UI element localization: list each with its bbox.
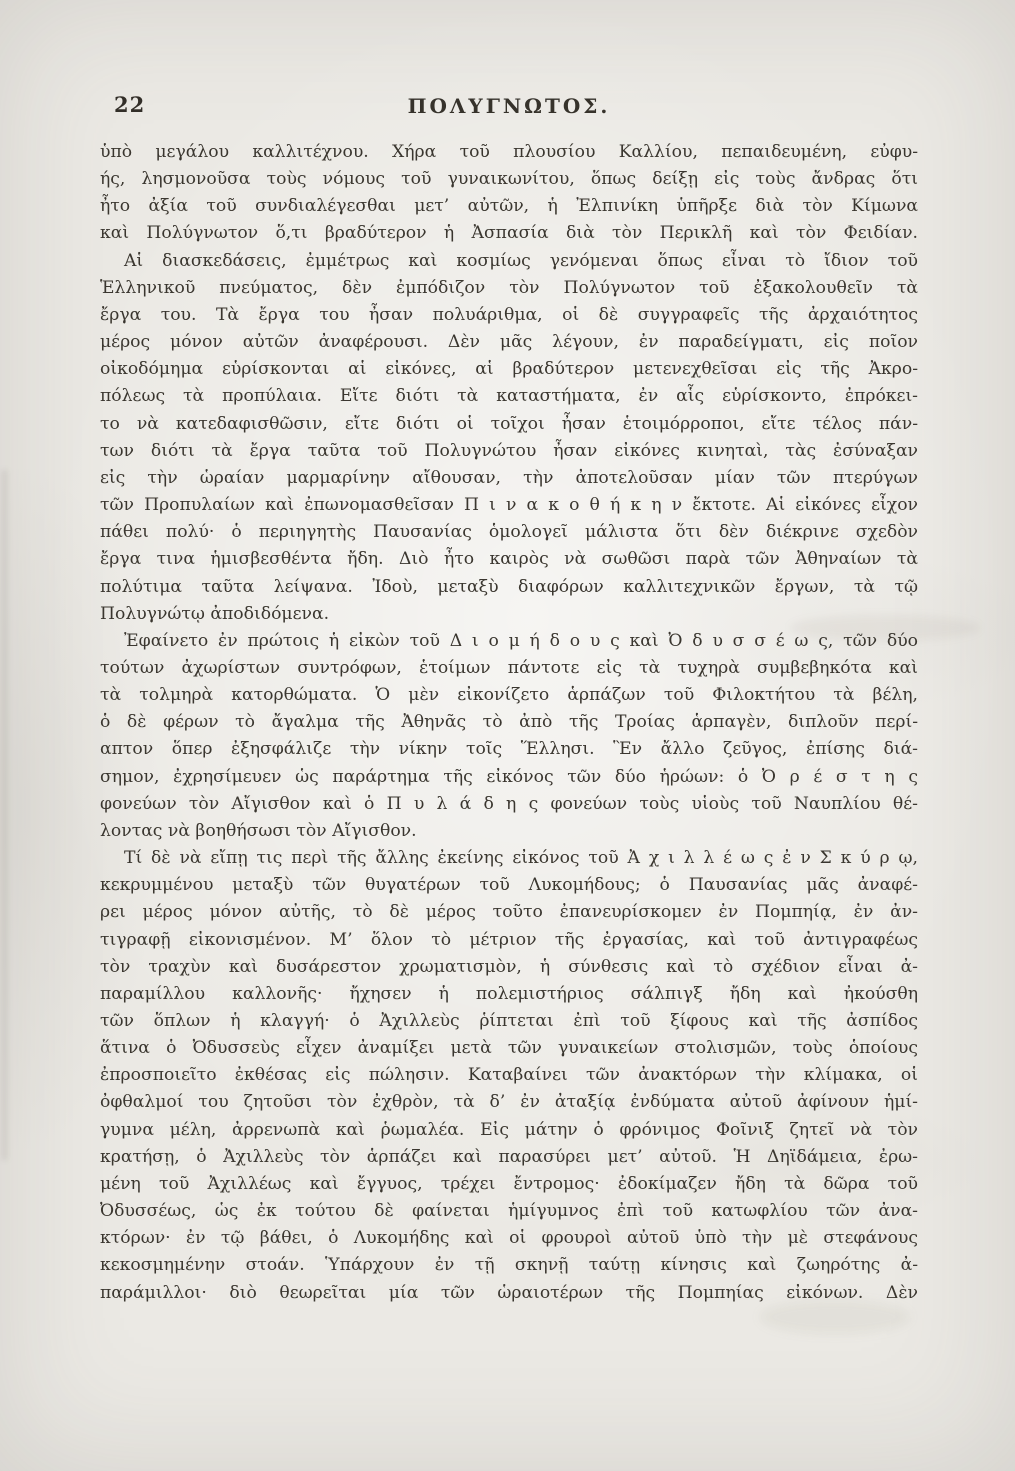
text-line: κεκρυμμένου μεταξὺ τῶν θυγατέρων τοῦ Λυκ… <box>100 872 918 899</box>
text-line: ής, λησμονοῦσα τοὺς νόμους τοῦ γυναικωνί… <box>100 166 918 193</box>
text-line: το νὰ κατεδαφισθῶσιν, εἴτε διότι οἱ τοῖχ… <box>100 411 918 438</box>
text-line: λοντας νὰ βοηθήσωσι τὸν Αἴγισθον. <box>100 818 918 845</box>
text-line: τῶν ὅπλων ἡ κλαγγή· ὁ Ἀχιλλεὺς ῥίπτεται … <box>100 1008 918 1035</box>
text-line: ἔργα του. Τὰ ἔργα του ἦσαν πολυάριθμα, ο… <box>100 302 918 329</box>
text-line: ἦτο ἀξία τοῦ συνδιαλέγεσθαι μετ’ αὐτῶν, … <box>100 193 918 220</box>
text-line: τὰ τολμηρὰ κατορθώματα. Ὁ μὲν εἰκονίζετο… <box>100 682 918 709</box>
text-line: παραμίλλου καλλονῆς· ἤχησεν ἡ πολεμιστήρ… <box>100 981 918 1008</box>
text-line: κρατήσῃ, ὁ Ἀχιλλεὺς τὸν ἁρπάζει καὶ παρα… <box>100 1144 918 1171</box>
text-line: πολύτιμα ταῦτα λείψανα. Ἰδοὺ, μεταξὺ δια… <box>100 574 918 601</box>
text-line: Ὀδυσσέως, ὡς ἐκ τούτου δὲ φαίνεται ἡμίγυ… <box>100 1198 918 1225</box>
text-line: ἅτινα ὁ Ὀδυσσεὺς εἶχεν ἀναμίξει μετὰ τῶν… <box>100 1035 918 1062</box>
text-line: πάθει πολύ· ὁ περιηγητὴς Παυσανίας ὁμολο… <box>100 519 918 546</box>
text-line: ὀφθαλμοί του ζητοῦσι τὸν ἐχθρὸν, τὰ δ’ ἐ… <box>100 1089 918 1116</box>
text-line: οἰκοδόμημα εὑρίσκονται αἱ εἰκόνες, αἱ βρ… <box>100 356 918 383</box>
scanned-book-page: 22 ΠΟΛΥΓΝΩΤΟΣ. ὑπὸ μεγάλου καλλιτέχνου. … <box>0 0 1015 1471</box>
text-line: τούτων ἀχωρίστων συντρόφων, ἑτοίμων πάντ… <box>100 655 918 682</box>
text-line: κεκοσμημένην στοάν. Ὑπάρχουν ἐν τῇ σκηνῇ… <box>100 1252 918 1279</box>
text-line: κτόρων· ἐν τῷ βάθει, ὁ Λυκομήδης καὶ οἱ … <box>100 1225 918 1252</box>
text-line: Ἑλληνικοῦ πνεύματος, δὲν ἐμπόδιζον τὸν Π… <box>100 275 918 302</box>
text-line: μένη τοῦ Ἀχιλλέως καὶ ἔγγυος, τρέχει ἔντ… <box>100 1171 918 1198</box>
text-line: Ἐφαίνετο ἐν πρώτοις ἡ εἰκὼν τοῦ Δ ι ο μ … <box>100 628 918 655</box>
text-line: Τί δὲ νὰ εἴπῃ τις περὶ τῆς ἄλλης ἐκείνης… <box>100 845 918 872</box>
text-line: τὸν τραχὺν καὶ δυσάρεστον χρωματισμὸν, ἡ… <box>100 954 918 981</box>
running-header-title: ΠΟΛΥΓΝΩΤΟΣ. <box>100 94 918 118</box>
text-line: Πολυγνώτῳ ἀποδιδόμενα. <box>100 601 918 628</box>
text-line: τιγραφῇ εἰκονισμένον. Μ’ ὅλον τὸ μέτριον… <box>100 927 918 954</box>
text-line: ὁ δὲ φέρων τὸ ἄγαλμα τῆς Ἀθηνᾶς τὸ ἀπὸ τ… <box>100 709 918 736</box>
text-line: απτον ὅπερ ἐξησφάλιζε τὴν νίκην τοῖς Ἕλλ… <box>100 736 918 763</box>
text-line: γυμνα μέλη, ἀρρενωπὰ καὶ ῥωμαλέα. Εἰς μά… <box>100 1117 918 1144</box>
text-line: σημον, ἐχρησίμευεν ὡς παράρτημα τῆς εἰκό… <box>100 764 918 791</box>
text-line: παράμιλλοι· διὸ θεωρεῖται μία τῶν ὡραιοτ… <box>100 1280 918 1307</box>
text-line: ὑπὸ μεγάλου καλλιτέχνου. Χήρα τοῦ πλουσί… <box>100 139 918 166</box>
text-line: Αἱ διασκεδάσεις, ἐμμέτρως καὶ κοσμίως γε… <box>100 248 918 275</box>
text-line: ρει μέρος μόνον αὐτῆς, τὸ δὲ μέρος τοῦτο… <box>100 899 918 926</box>
text-line: καὶ Πολύγνωτον ὅ,τι βραδύτερον ἡ Ἀσπασία… <box>100 220 918 247</box>
text-line: των διότι τὰ ἔργα ταῦτα τοῦ Πολυγνώτου ἦ… <box>100 438 918 465</box>
text-line: ἐπροσποιεῖτο ἐκθέσας εἰς πώλησιν. Καταβα… <box>100 1062 918 1089</box>
text-line: ἔργα τινα ἡμισβεσθέντα ἤδη. Διὸ ἦτο καιρ… <box>100 546 918 573</box>
text-line: φονεύων τὸν Αἴγισθον καὶ ὁ Π υ λ ά δ η ς… <box>100 791 918 818</box>
text-line: εἰς τὴν ὡραίαν μαρμαρίνην αἴθουσαν, τὴν … <box>100 465 918 492</box>
text-line: τῶν Προπυλαίων καὶ ἐπωνομασθεῖσαν Π ι ν … <box>100 492 918 519</box>
scan-edge-artifact <box>2 470 7 1160</box>
text-line: μέρος μόνον αὐτῶν ἀναφέρουσι. Δὲν μᾶς λέ… <box>100 329 918 356</box>
text-line: πόλεως τὰ προπύλαια. Εἴτε διότι τὰ κατασ… <box>100 383 918 410</box>
text-block: ὑπὸ μεγάλου καλλιτέχνου. Χήρα τοῦ πλουσί… <box>100 139 918 1307</box>
